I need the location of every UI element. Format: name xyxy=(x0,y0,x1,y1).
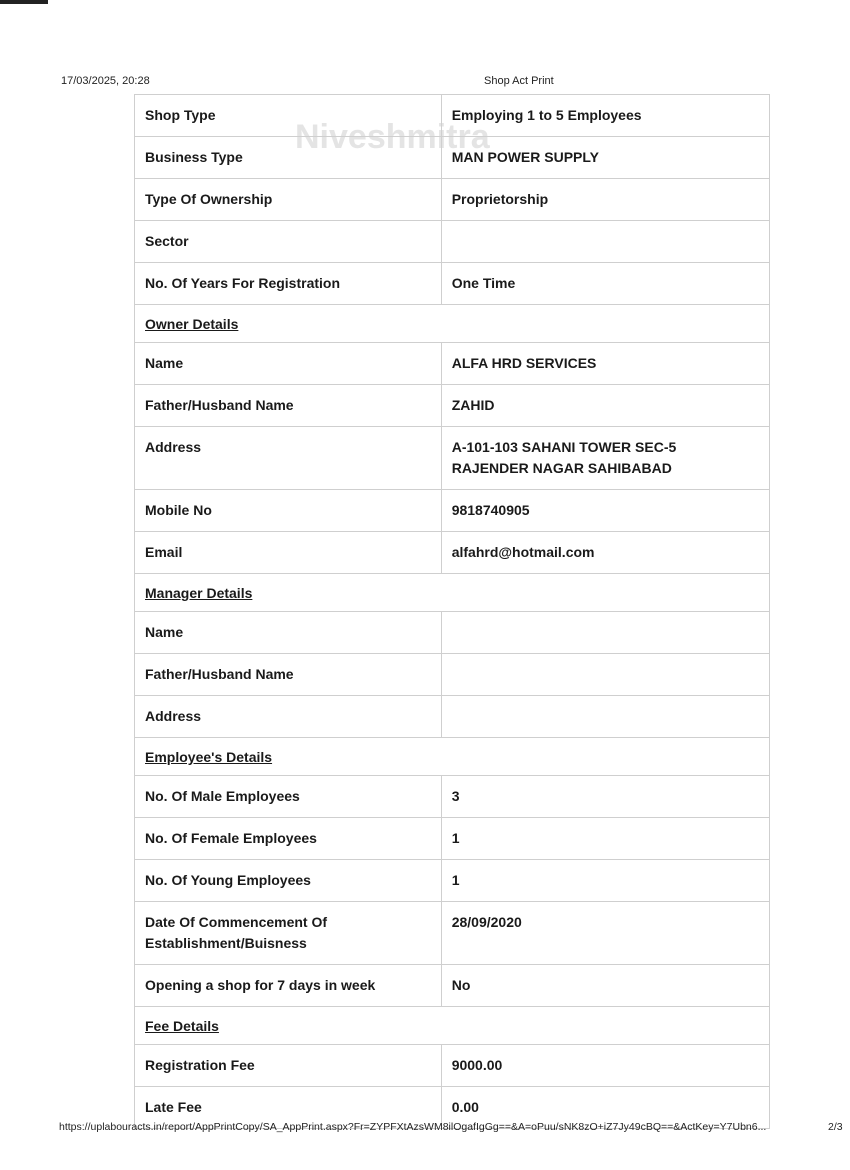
table-row: Shop TypeEmploying 1 to 5 Employees xyxy=(135,95,770,137)
field-value: A-101-103 SAHANI TOWER SEC-5 RAJENDER NA… xyxy=(441,427,769,490)
table-row: Mobile No9818740905 xyxy=(135,490,770,532)
field-value: 9818740905 xyxy=(441,490,769,532)
table-row: Date Of Commencement Of Establishment/Bu… xyxy=(135,902,770,965)
field-label: Father/Husband Name xyxy=(135,654,442,696)
field-label: Business Type xyxy=(135,137,442,179)
field-value: 28/09/2020 xyxy=(441,902,769,965)
section-header-row: Manager Details xyxy=(135,574,770,612)
field-label: No. Of Young Employees xyxy=(135,860,442,902)
table-row: Opening a shop for 7 days in weekNo xyxy=(135,965,770,1007)
shop-act-details-table: Shop TypeEmploying 1 to 5 EmployeesBusin… xyxy=(134,94,770,1129)
table-row: NameALFA HRD SERVICES xyxy=(135,343,770,385)
field-value: 1 xyxy=(441,860,769,902)
footer-url[interactable]: https://uplabouracts.in/report/AppPrintC… xyxy=(59,1121,766,1133)
field-label: Registration Fee xyxy=(135,1045,442,1087)
print-datetime: 17/03/2025, 20:28 xyxy=(61,75,150,87)
field-label: Address xyxy=(135,696,442,738)
field-label: Name xyxy=(135,343,442,385)
field-label: Father/Husband Name xyxy=(135,385,442,427)
field-label: Shop Type xyxy=(135,95,442,137)
section-header-row: Fee Details xyxy=(135,1007,770,1045)
field-value: Proprietorship xyxy=(441,179,769,221)
field-label: No. Of Years For Registration xyxy=(135,263,442,305)
section-title: Owner Details xyxy=(145,316,238,332)
section-title: Fee Details xyxy=(145,1018,219,1034)
section-title: Manager Details xyxy=(145,585,252,601)
field-value: 9000.00 xyxy=(441,1045,769,1087)
table-row: Type Of OwnershipProprietorship xyxy=(135,179,770,221)
field-label: Date Of Commencement Of Establishment/Bu… xyxy=(135,902,442,965)
field-label: Sector xyxy=(135,221,442,263)
field-value: 3 xyxy=(441,776,769,818)
scan-edge-mark xyxy=(0,0,48,4)
table-row: Business TypeMAN POWER SUPPLY xyxy=(135,137,770,179)
field-label: Type Of Ownership xyxy=(135,179,442,221)
field-label: Opening a shop for 7 days in week xyxy=(135,965,442,1007)
field-value: No xyxy=(441,965,769,1007)
field-value: Employing 1 to 5 Employees xyxy=(441,95,769,137)
print-title: Shop Act Print xyxy=(484,75,554,87)
field-label: Name xyxy=(135,612,442,654)
field-label: No. Of Male Employees xyxy=(135,776,442,818)
field-value: ZAHID xyxy=(441,385,769,427)
field-value xyxy=(441,654,769,696)
page-number: 2/3 xyxy=(828,1121,843,1133)
field-value: MAN POWER SUPPLY xyxy=(441,137,769,179)
field-value: 1 xyxy=(441,818,769,860)
section-title: Employee's Details xyxy=(145,749,272,765)
table-row: Registration Fee9000.00 xyxy=(135,1045,770,1087)
field-value xyxy=(441,696,769,738)
table-row: No. Of Young Employees1 xyxy=(135,860,770,902)
field-value xyxy=(441,221,769,263)
table-row: Sector xyxy=(135,221,770,263)
field-label: Email xyxy=(135,532,442,574)
table-row: Address xyxy=(135,696,770,738)
section-header-row: Owner Details xyxy=(135,305,770,343)
table-row: No. Of Female Employees1 xyxy=(135,818,770,860)
field-value xyxy=(441,612,769,654)
table-row: AddressA-101-103 SAHANI TOWER SEC-5 RAJE… xyxy=(135,427,770,490)
field-label: No. Of Female Employees xyxy=(135,818,442,860)
table-row: Father/Husband Name xyxy=(135,654,770,696)
field-value: alfahrd@hotmail.com xyxy=(441,532,769,574)
table-row: Father/Husband NameZAHID xyxy=(135,385,770,427)
field-value: One Time xyxy=(441,263,769,305)
field-label: Mobile No xyxy=(135,490,442,532)
field-label: Address xyxy=(135,427,442,490)
table-row: No. Of Male Employees3 xyxy=(135,776,770,818)
table-row: Name xyxy=(135,612,770,654)
table-row: Emailalfahrd@hotmail.com xyxy=(135,532,770,574)
section-header-row: Employee's Details xyxy=(135,738,770,776)
field-value: ALFA HRD SERVICES xyxy=(441,343,769,385)
table-row: No. Of Years For RegistrationOne Time xyxy=(135,263,770,305)
